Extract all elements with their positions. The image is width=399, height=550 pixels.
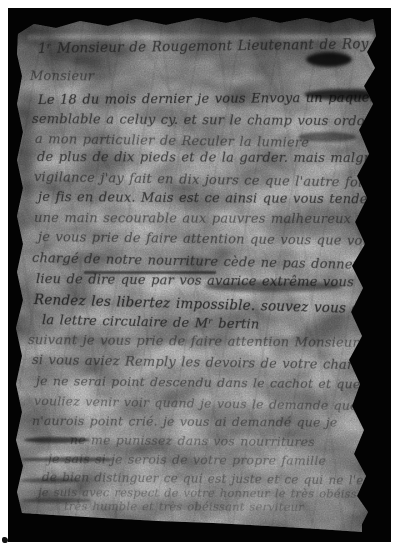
scanned-letter-page: { "document": { "kind": "handwritten-let… — [0, 0, 399, 550]
manuscript-line-3: Le 18 du mois dernier je vous Envoya un … — [38, 91, 375, 108]
manuscript-line-21: je sais si je serois de votre propre fam… — [48, 451, 326, 468]
manuscript-line-20: ne me punissez dans vos nourritures — [70, 432, 315, 449]
photo-speck — [2, 537, 8, 543]
manuscript-line-15: suivant je vous prie de faire attention … — [28, 333, 389, 351]
manuscript-line-2: Monsieur — [30, 69, 94, 84]
manuscript-line-18: vouliez venir voir quand je vous le dema… — [34, 393, 375, 413]
manuscript-line-24: très humble et très obéissant serviteur — [64, 499, 304, 514]
manuscript-line-19: n'aurois point crié. je vous ai demandé … — [32, 413, 338, 430]
manuscript-line-8: je fis en deux. Mais est ce ainsi que vo… — [38, 190, 379, 207]
manuscript-line-11: chargé de notre nourriture cède ne pas d… — [32, 251, 359, 273]
manuscript-line-5: a mon particulier de Reculer la lumiere — [35, 132, 309, 151]
letter-paper: 1ʳ Monsieur de Rougemont Lieutenant de R… — [8, 8, 391, 542]
manuscript-line-17: je ne serai point descendu dans le cacho… — [36, 373, 399, 392]
text-layer: 1ʳ Monsieur de Rougemont Lieutenant de R… — [8, 8, 391, 542]
manuscript-line-16: si vous aviez Remply les devoirs de votr… — [32, 353, 399, 374]
manuscript-line-12: lieu de dire que par vos avarice extrême… — [36, 272, 354, 290]
manuscript-line-9: une main secourable aux pauvres malheure… — [34, 211, 351, 227]
ink-blotch-roy — [306, 52, 352, 67]
manuscript-line-14: la lettre circulaire de Mʳ bertin — [42, 313, 260, 333]
manuscript-line-10: je vous prie de faire attention que vous… — [38, 230, 399, 250]
manuscript-line-7: vigilance j'ay fait en dix jours ce que … — [34, 170, 369, 191]
photo-frame: 1ʳ Monsieur de Rougemont Lieutenant de R… — [8, 8, 391, 542]
manuscript-line-4: semblable a celuy cy. et sur le champ vo… — [32, 112, 399, 130]
manuscript-line-1: 1ʳ Monsieur de Rougemont Lieutenant de R… — [38, 36, 369, 57]
manuscript-line-6: de plus de dix pieds et de la garder. ma… — [37, 150, 396, 166]
